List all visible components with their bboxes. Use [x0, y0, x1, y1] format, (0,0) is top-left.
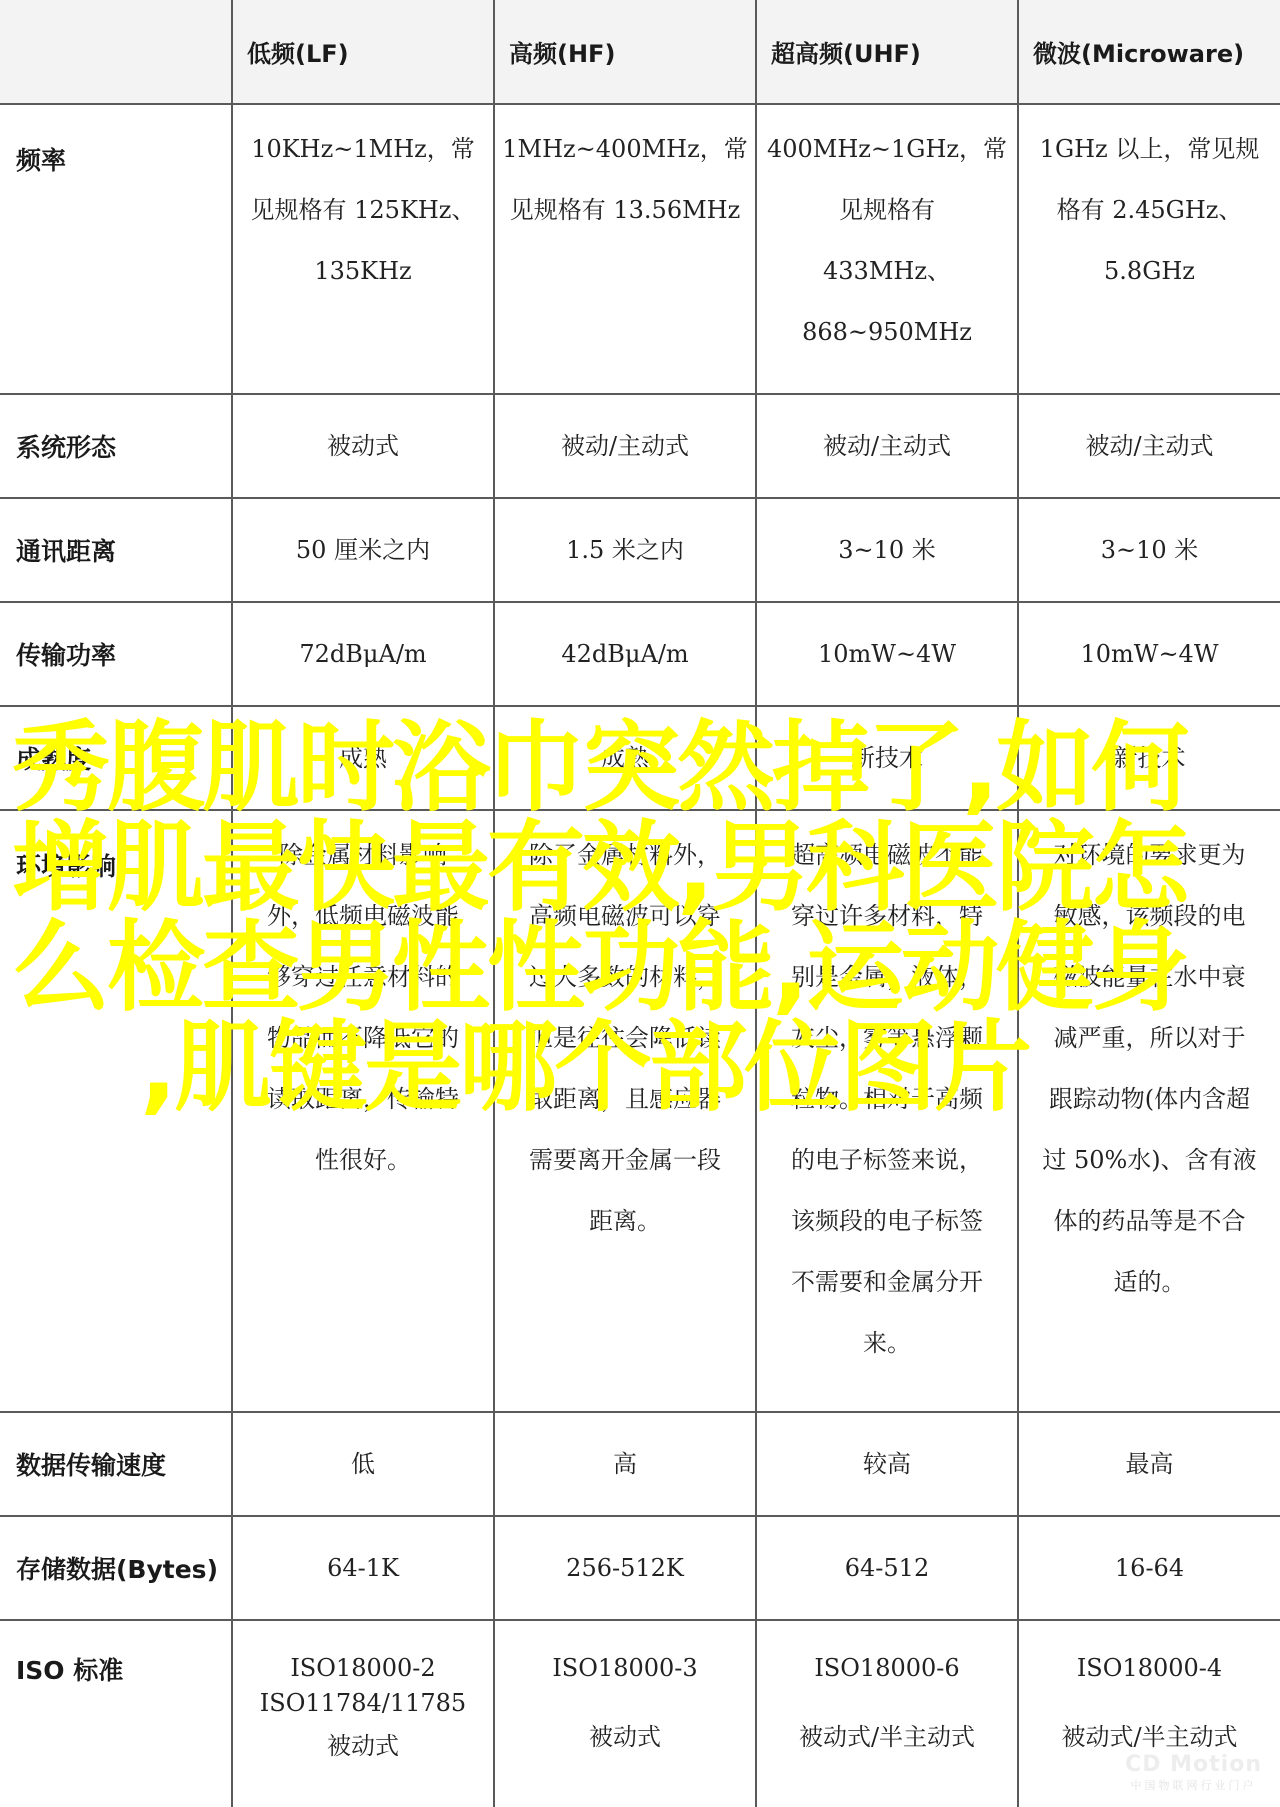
- watermark: CD Motion 中国物联网行业门户: [1125, 1752, 1262, 1793]
- table-row-data-rate: 数据传输速度 低 高 较高 最高: [0, 1412, 1280, 1516]
- table-cell: ISO18000-2 ISO11784/11785 被动式: [232, 1620, 494, 1807]
- table-row-frequency: 频率 10KHz~1MHz，常 见规格有 125KHz、 135KHz 1MHz…: [0, 104, 1280, 394]
- table-cell: 42dBμA/m: [494, 602, 756, 706]
- header-row: 低频(LF) 高频(HF) 超高频(UHF) 微波(Microware): [0, 0, 1280, 104]
- table-cell: 超高频电磁波不能 穿过许多材料，特 别是金属，液体， 灰尘，雾等悬浮颗 粒物。相…: [756, 810, 1018, 1412]
- table-cell: 50 厘米之内: [232, 498, 494, 602]
- table-cell: 成熟: [494, 706, 756, 810]
- table-cell: 3~10 米: [756, 498, 1018, 602]
- row-label: 传输功率: [0, 602, 232, 706]
- table-cell: 高: [494, 1412, 756, 1516]
- table-cell: 64-1K: [232, 1516, 494, 1620]
- row-label: 存储数据(Bytes): [0, 1516, 232, 1620]
- table-cell: 被动/主动式: [1018, 394, 1280, 498]
- table-cell: 新技术: [1018, 706, 1280, 810]
- table-row-iso: ISO 标准 ISO18000-2 ISO11784/11785 被动式 ISO…: [0, 1620, 1280, 1807]
- table-cell: 被动式: [232, 394, 494, 498]
- table-cell: 16-64: [1018, 1516, 1280, 1620]
- row-label: 通讯距离: [0, 498, 232, 602]
- table-cell: 1GHz 以上，常见规 格有 2.45GHz、 5.8GHz: [1018, 104, 1280, 394]
- table-row-power: 传输功率 72dBμA/m 42dBμA/m 10mW~4W 10mW~4W: [0, 602, 1280, 706]
- table-cell: 72dBμA/m: [232, 602, 494, 706]
- table-cell: 400MHz~1GHz，常 见规格有 433MHz、 868~950MHz: [756, 104, 1018, 394]
- table-row-storage: 存储数据(Bytes) 64-1K 256-512K 64-512 16-64: [0, 1516, 1280, 1620]
- table-cell: 除了金属材料外， 高频电磁波可以穿 过大多数的材料， 但是往往会降低读 取距离，…: [494, 810, 756, 1412]
- table-cell: ISO18000-6 被动式/半主动式: [756, 1620, 1018, 1807]
- table-cell: ISO18000-3 被动式: [494, 1620, 756, 1807]
- table-cell: 3~10 米: [1018, 498, 1280, 602]
- table-cell: 256-512K: [494, 1516, 756, 1620]
- row-label: 环境影响: [0, 810, 232, 1412]
- row-label: ISO 标准: [0, 1620, 232, 1807]
- table-cell: 1.5 米之内: [494, 498, 756, 602]
- table-cell: 1MHz~400MHz，常 见规格有 13.56MHz: [494, 104, 756, 394]
- watermark-logo: CD Motion: [1125, 1752, 1262, 1777]
- row-label: 频率: [0, 104, 232, 394]
- table-cell: 被动/主动式: [756, 394, 1018, 498]
- table-cell: 最高: [1018, 1412, 1280, 1516]
- table-cell: 低: [232, 1412, 494, 1516]
- table-cell: 10mW~4W: [1018, 602, 1280, 706]
- header-hf: 高频(HF): [494, 0, 756, 104]
- table-cell: 10KHz~1MHz，常 见规格有 125KHz、 135KHz: [232, 104, 494, 394]
- watermark-subtitle: 中国物联网行业门户: [1125, 1777, 1262, 1793]
- table-cell: 10mW~4W: [756, 602, 1018, 706]
- header-corner: [0, 0, 232, 104]
- table-cell: 64-512: [756, 1516, 1018, 1620]
- table-cell: 较高: [756, 1412, 1018, 1516]
- header-uhf: 超高频(UHF): [756, 0, 1018, 104]
- row-label: 成熟度: [0, 706, 232, 810]
- table-cell: 成熟: [232, 706, 494, 810]
- table-row-maturity: 成熟度 成熟 成熟 新技术 新技术: [0, 706, 1280, 810]
- row-label: 数据传输速度: [0, 1412, 232, 1516]
- row-label: 系统形态: [0, 394, 232, 498]
- rfid-comparison-table: 低频(LF) 高频(HF) 超高频(UHF) 微波(Microware) 频率 …: [0, 0, 1280, 1807]
- table-row-environment: 环境影响 除金属材料影响 外，低频电磁波能 够穿过任意材料的 物品而不降低它的 …: [0, 810, 1280, 1412]
- header-lf: 低频(LF): [232, 0, 494, 104]
- header-microwave: 微波(Microware): [1018, 0, 1280, 104]
- table-row-system-form: 系统形态 被动式 被动/主动式 被动/主动式 被动/主动式: [0, 394, 1280, 498]
- table-cell: 除金属材料影响 外，低频电磁波能 够穿过任意材料的 物品而不降低它的 读取距离，…: [232, 810, 494, 1412]
- table-row-distance: 通讯距离 50 厘米之内 1.5 米之内 3~10 米 3~10 米: [0, 498, 1280, 602]
- table-cell: 对环境的要求更为 敏感，该频段的电 磁波能量在水中衰 减严重，所以对于 跟踪动物…: [1018, 810, 1280, 1412]
- table-cell: 新技术: [756, 706, 1018, 810]
- table-cell: 被动/主动式: [494, 394, 756, 498]
